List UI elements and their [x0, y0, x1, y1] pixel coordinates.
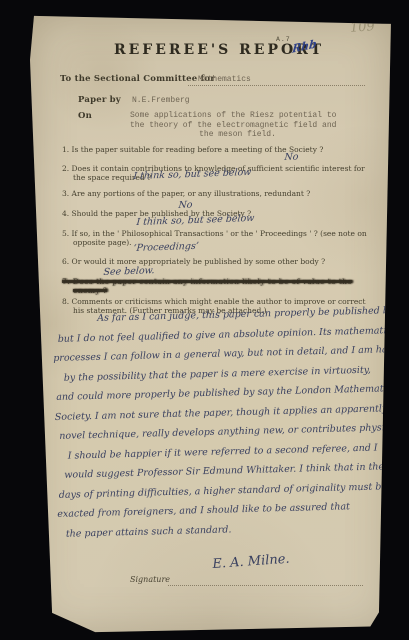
- answer-1-handwritten: No: [284, 151, 299, 163]
- answer-6-handwritten: See below.: [103, 265, 155, 278]
- committee-dotted-line: [188, 84, 365, 86]
- page-number-annotation: 109: [350, 19, 376, 36]
- paper-author: N.E.Fremberg: [132, 96, 190, 105]
- question-5-text: 5. If so, in the ' Philosophical Transac…: [62, 229, 367, 247]
- signature-dotted-line: [168, 584, 363, 586]
- signature-handwritten: E. A. Milne.: [212, 552, 290, 572]
- paper-title-line-2: the theory of the electromagnetic field …: [130, 121, 345, 131]
- paper-title-line-3: the meson field.: [130, 130, 345, 140]
- signature-label: Signature: [130, 575, 170, 584]
- paper-title-line-1: Some applications of the Riesz potential…: [130, 111, 345, 121]
- question-5: 5. If so, in the ' Philosophical Transac…: [62, 230, 373, 247]
- question-7-struck-out: 7. Does the paper contain any informatio…: [62, 278, 373, 295]
- answer-3-handwritten: No: [178, 199, 193, 211]
- on-label: On: [78, 111, 92, 121]
- question-3-text: 3. Are any portions of the paper, or any…: [62, 189, 310, 198]
- committee-label: To the Sectional Committee for: [60, 74, 215, 84]
- question-3: 3. Are any portions of the paper, or any…: [62, 190, 373, 199]
- paper-by-label: Paper by: [78, 95, 121, 105]
- referee-report-page: 109 A.7 REFEREE'S REPORT Rhb To the Sect…: [30, 14, 392, 634]
- committee-value: Mathematics: [198, 75, 251, 84]
- question-6: 6. Or would it more appropriately be pub…: [62, 258, 373, 267]
- paper-title-typed: Some applications of the Riesz potential…: [130, 111, 345, 140]
- question-7-text: 7. Does the paper contain any informatio…: [62, 277, 352, 295]
- referee-comments-handwritten: As far as I can judge, this paper can pr…: [52, 301, 403, 544]
- question-1: 1. Is the paper suitable for reading bef…: [62, 146, 373, 155]
- answer-5-handwritten: ‘Proceedings’: [133, 241, 199, 254]
- photograph-background: 109 A.7 REFEREE'S REPORT Rhb To the Sect…: [0, 0, 409, 640]
- question-6-text: 6. Or would it more appropriately be pub…: [62, 257, 325, 266]
